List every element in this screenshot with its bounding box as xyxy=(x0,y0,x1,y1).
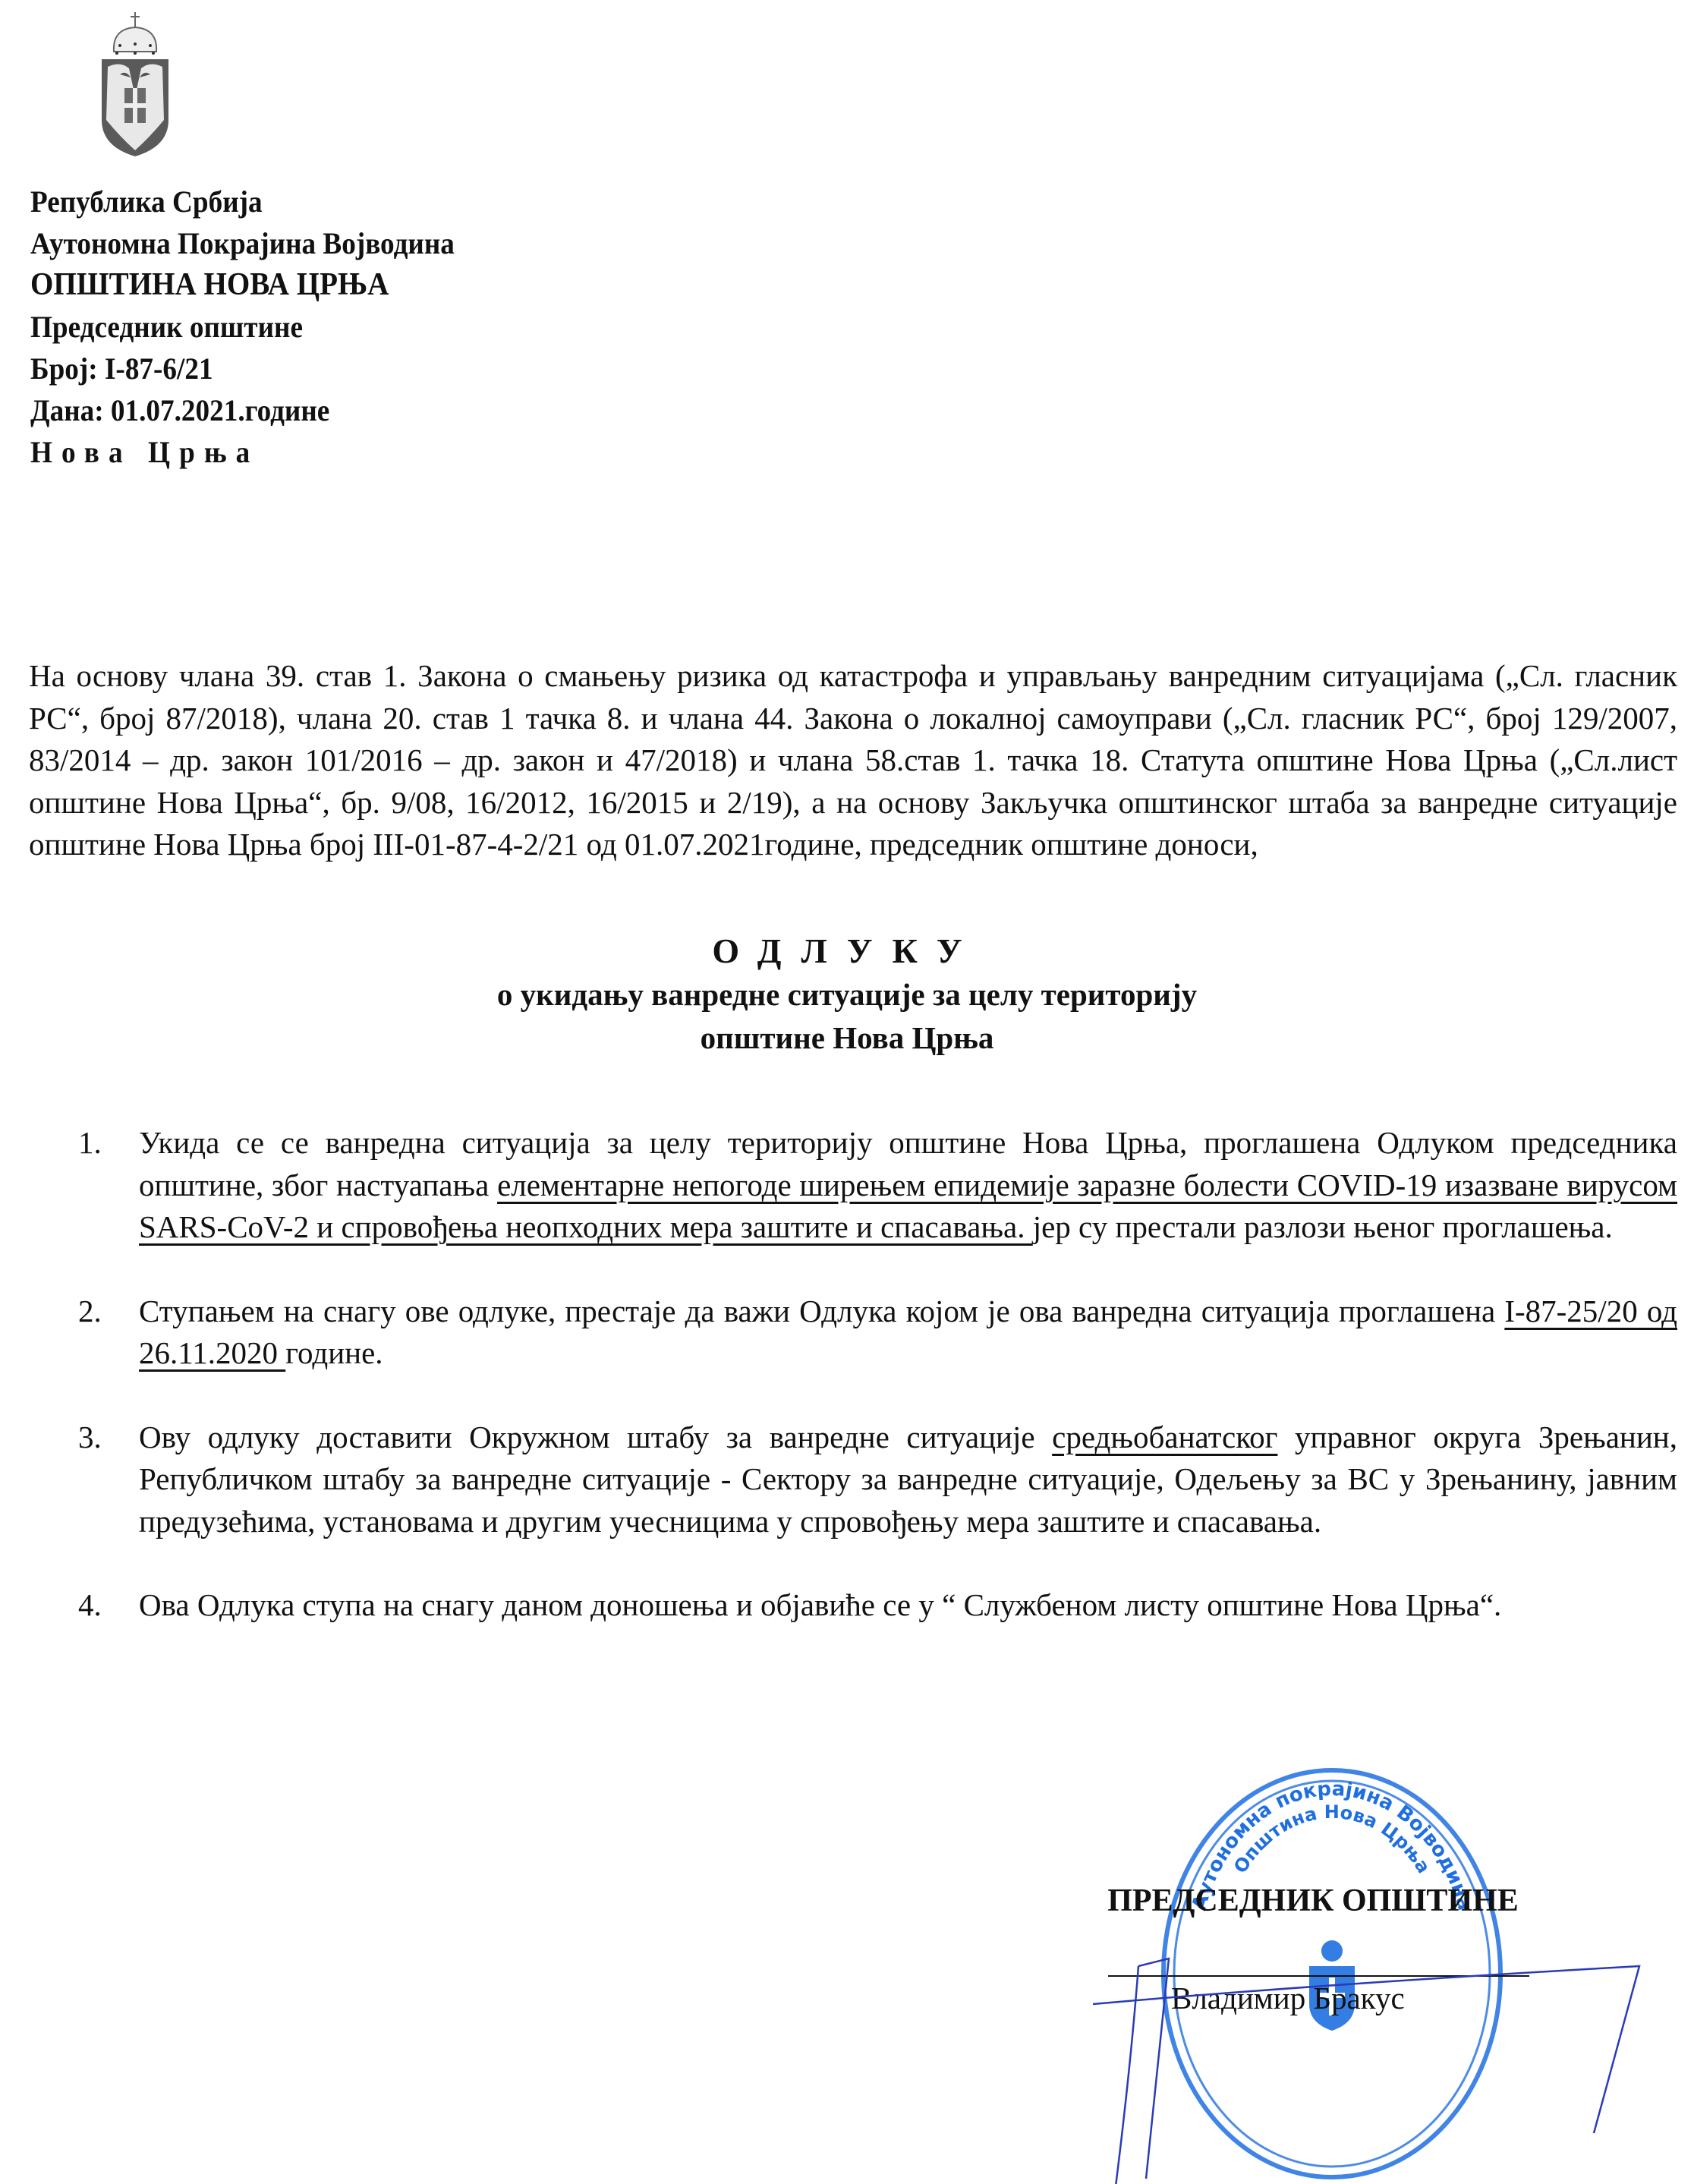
decision-subtitle-line1: о укидању ванредне ситуације за целу тер… xyxy=(0,976,1694,1013)
item-text-tail: јер су престали разлози њеног проглашења… xyxy=(1033,1209,1613,1244)
header-province: Аутономна Покрајина Војводина xyxy=(30,222,455,264)
item-number: 4. xyxy=(78,1584,102,1627)
signatory-name: Владимир Бракус xyxy=(1171,1980,1556,2016)
item-text: Ову одлуку доставити Окружном штабу за в… xyxy=(139,1420,1052,1454)
header-office: Председник општине xyxy=(30,306,455,348)
item-text: Ступањем на снагу ове одлуке, престаје д… xyxy=(139,1294,1504,1328)
preamble-paragraph: На основу члана 39. став 1. Закона о сма… xyxy=(29,655,1677,866)
item-text-tail: године. xyxy=(285,1335,383,1370)
item-number: 1. xyxy=(78,1122,102,1164)
decision-items: 1. Укида се се ванредна ситуација за цел… xyxy=(0,1122,1694,1669)
header-country: Република Србија xyxy=(30,181,455,222)
decision-title: ОДЛУКУ xyxy=(0,931,1694,971)
decision-item: 4. Ова Одлука ступа на снагу даном донош… xyxy=(0,1584,1694,1627)
signature-line xyxy=(1108,1975,1529,1977)
header-municipality: ОПШТИНА НОВА ЦРЊА xyxy=(30,264,455,306)
decision-item: 1. Укида се се ванредна ситуација за цел… xyxy=(0,1122,1694,1249)
decision-item: 2. Ступањем на снагу ове одлуке, престај… xyxy=(0,1291,1694,1375)
item-number: 2. xyxy=(78,1291,102,1333)
signatory-role: ПРЕДСЕДНИК ОПШТИНЕ xyxy=(1070,1883,1556,1919)
header-date: Дана: 01.07.2021.године xyxy=(30,389,455,431)
document-header: Република Србија Аутономна Покрајина Вој… xyxy=(30,181,486,473)
header-place: Нова Црња xyxy=(30,431,455,473)
decision-item: 3. Ову одлуку доставити Окружном штабу з… xyxy=(0,1417,1694,1543)
svg-text:Општина Нова Црња: Општина Нова Црња xyxy=(1230,1801,1434,1877)
item-text-underlined: средњобанатског xyxy=(1052,1420,1277,1454)
signature-block: ПРЕДСЕДНИК ОПШТИНЕ Владимир Бракус xyxy=(1070,1883,1556,2016)
item-number: 3. xyxy=(78,1417,102,1459)
decision-subtitle-line2: општине Нова Црња xyxy=(0,1020,1694,1056)
serbia-coat-of-arms-icon xyxy=(97,6,173,158)
header-number: Број: I-87-6/21 xyxy=(30,348,455,389)
item-text: Ова Одлука ступа на снагу даном доношења… xyxy=(139,1587,1501,1622)
